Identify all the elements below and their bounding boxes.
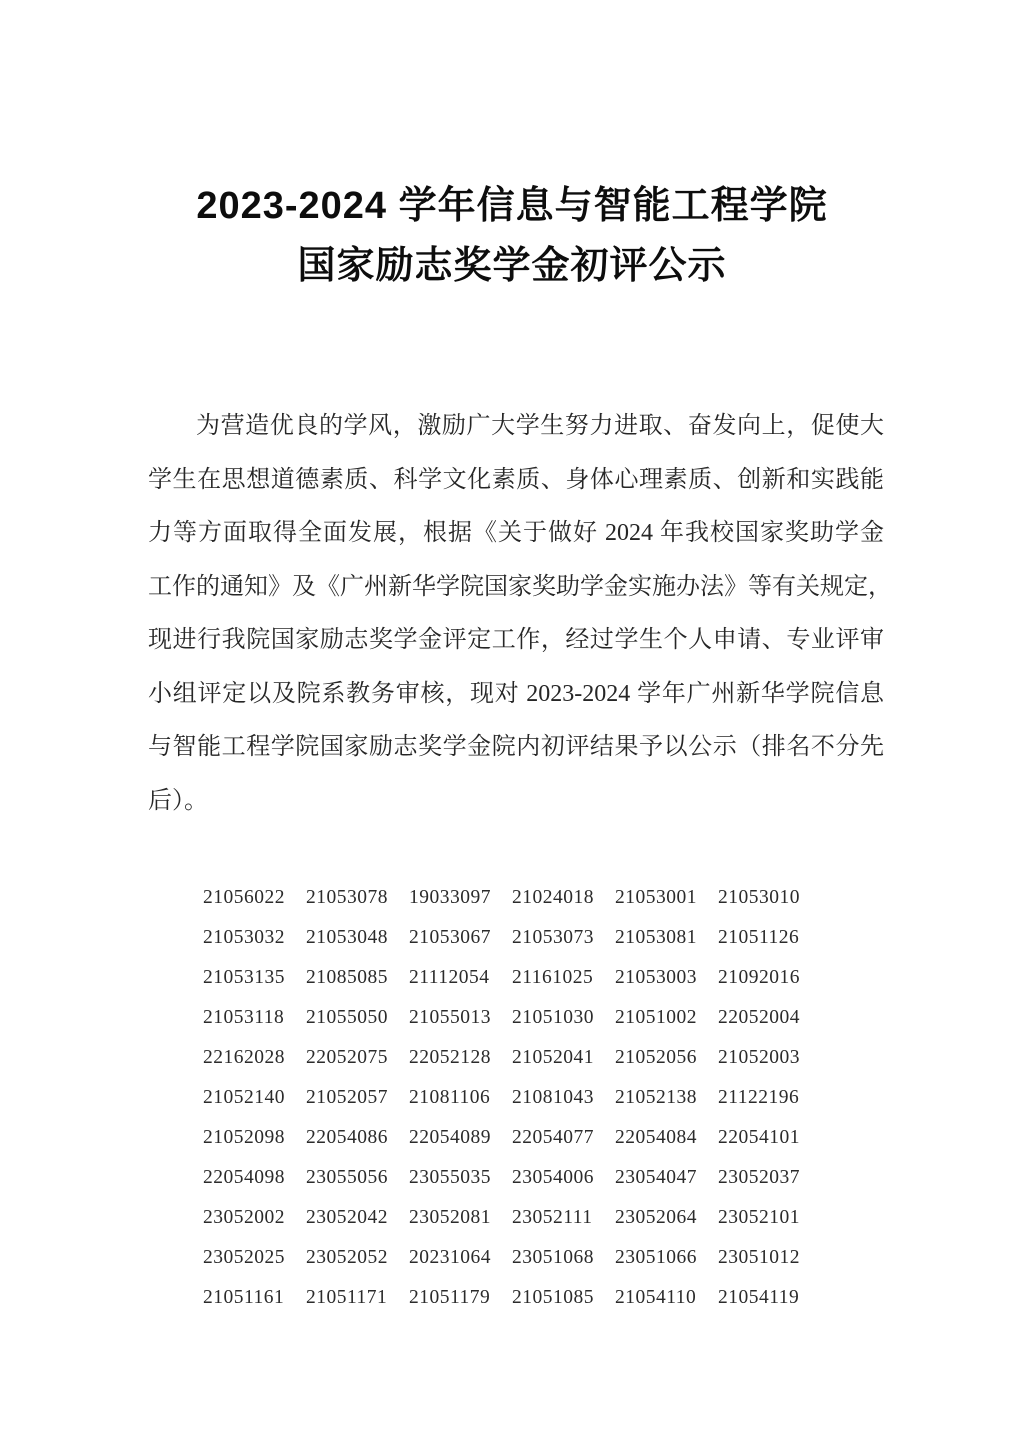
student-id: 21053078 <box>306 878 409 918</box>
paragraph-line: 为营造优良的学风，激励广大学生努力进取、奋发向上，促使大 <box>148 400 884 454</box>
document-title: 2023-2024 学年信息与智能工程学院 国家励志奖学金初评公示 <box>0 176 1024 296</box>
student-id: 21054119 <box>718 1278 821 1318</box>
student-id: 23052064 <box>615 1198 718 1238</box>
student-id: 21122196 <box>718 1078 821 1118</box>
id-grid-row: 2305200223052042230520812305211123052064… <box>203 1198 821 1238</box>
paragraph-line: 力等方面取得全面发展，根据《关于做好 2024 年我校国家奖助学金 <box>148 507 884 561</box>
student-id: 19033097 <box>409 878 512 918</box>
student-id: 21052041 <box>512 1038 615 1078</box>
student-id: 22054101 <box>718 1118 821 1158</box>
title-line-2: 国家励志奖学金初评公示 <box>0 236 1024 296</box>
student-id: 21053073 <box>512 918 615 958</box>
student-id: 22054077 <box>512 1118 615 1158</box>
student-id: 21053135 <box>203 958 306 998</box>
id-grid-row: 2105303221053048210530672105307321053081… <box>203 918 821 958</box>
student-id: 21053010 <box>718 878 821 918</box>
student-id: 21081106 <box>409 1078 512 1118</box>
id-grid-row: 2105214021052057210811062108104321052138… <box>203 1078 821 1118</box>
student-id: 21055050 <box>306 998 409 1038</box>
student-id: 21052138 <box>615 1078 718 1118</box>
student-id: 20231064 <box>409 1238 512 1278</box>
student-id: 21053067 <box>409 918 512 958</box>
student-id: 23052042 <box>306 1198 409 1238</box>
paragraph-line: 后）。 <box>148 775 884 829</box>
student-id: 21053001 <box>615 878 718 918</box>
student-id: 23051068 <box>512 1238 615 1278</box>
student-id: 21092016 <box>718 958 821 998</box>
document-page: 2023-2024 学年信息与智能工程学院 国家励志奖学金初评公示 为营造优良的… <box>0 0 1024 1448</box>
paragraph-line: 现进行我院国家励志奖学金评定工作，经过学生个人申请、专业评审 <box>148 614 884 668</box>
student-id: 21051030 <box>512 998 615 1038</box>
student-id: 21051126 <box>718 918 821 958</box>
paragraph-line: 工作的通知》及《广州新华学院国家奖助学金实施办法》等有关规定， <box>148 561 884 615</box>
id-grid-row: 2205409823055056230550352305400623054047… <box>203 1158 821 1198</box>
student-id: 21081043 <box>512 1078 615 1118</box>
student-id: 21053081 <box>615 918 718 958</box>
student-id: 23052025 <box>203 1238 306 1278</box>
student-id: 21051179 <box>409 1278 512 1318</box>
student-id: 21056022 <box>203 878 306 918</box>
id-grid-row: 2105313521085085211120542116102521053003… <box>203 958 821 998</box>
student-id: 22052128 <box>409 1038 512 1078</box>
student-id: 21052056 <box>615 1038 718 1078</box>
id-grid-row: 2105602221053078190330972102401821053001… <box>203 878 821 918</box>
student-id-grid: 2105602221053078190330972102401821053001… <box>203 878 821 1318</box>
id-grid-row: 2105311821055050210550132105103021051002… <box>203 998 821 1038</box>
student-id: 21053118 <box>203 998 306 1038</box>
student-id: 21053048 <box>306 918 409 958</box>
student-id: 21051171 <box>306 1278 409 1318</box>
id-grid-row: 2305202523052052202310642305106823051066… <box>203 1238 821 1278</box>
student-id: 21052057 <box>306 1078 409 1118</box>
student-id: 22162028 <box>203 1038 306 1078</box>
id-grid-row: 2216202822052075220521282105204121052056… <box>203 1038 821 1078</box>
student-id: 21051085 <box>512 1278 615 1318</box>
student-id: 23052037 <box>718 1158 821 1198</box>
student-id: 23051012 <box>718 1238 821 1278</box>
student-id: 21085085 <box>306 958 409 998</box>
student-id: 22054089 <box>409 1118 512 1158</box>
student-id: 21053003 <box>615 958 718 998</box>
paragraph-line: 小组评定以及院系教务审核，现对 2023-2024 学年广州新华学院信息 <box>148 668 884 722</box>
paragraph-line: 学生在思想道德素质、科学文化素质、身体心理素质、创新和实践能 <box>148 454 884 508</box>
student-id: 23052101 <box>718 1198 821 1238</box>
student-id: 21052140 <box>203 1078 306 1118</box>
student-id: 23055035 <box>409 1158 512 1198</box>
student-id: 23052002 <box>203 1198 306 1238</box>
student-id: 21052003 <box>718 1038 821 1078</box>
student-id: 21112054 <box>409 958 512 998</box>
student-id: 21052098 <box>203 1118 306 1158</box>
student-id: 23051066 <box>615 1238 718 1278</box>
student-id: 23052052 <box>306 1238 409 1278</box>
student-id: 22052075 <box>306 1038 409 1078</box>
student-id: 22054084 <box>615 1118 718 1158</box>
student-id: 23052111 <box>512 1198 615 1238</box>
student-id: 23054047 <box>615 1158 718 1198</box>
student-id: 21051002 <box>615 998 718 1038</box>
student-id: 21024018 <box>512 878 615 918</box>
student-id: 23054006 <box>512 1158 615 1198</box>
title-line-1: 2023-2024 学年信息与智能工程学院 <box>0 176 1024 236</box>
student-id: 21054110 <box>615 1278 718 1318</box>
student-id: 21051161 <box>203 1278 306 1318</box>
student-id: 21161025 <box>512 958 615 998</box>
student-id: 22052004 <box>718 998 821 1038</box>
body-paragraph: 为营造优良的学风，激励广大学生努力进取、奋发向上，促使大 学生在思想道德素质、科… <box>148 400 884 828</box>
student-id: 22054098 <box>203 1158 306 1198</box>
id-grid-row: 2105209822054086220540892205407722054084… <box>203 1118 821 1158</box>
paragraph-line: 与智能工程学院国家励志奖学金院内初评结果予以公示（排名不分先 <box>148 721 884 775</box>
student-id: 22054086 <box>306 1118 409 1158</box>
id-grid-row: 2105116121051171210511792105108521054110… <box>203 1278 821 1318</box>
student-id: 23055056 <box>306 1158 409 1198</box>
student-id: 21053032 <box>203 918 306 958</box>
student-id: 23052081 <box>409 1198 512 1238</box>
student-id: 21055013 <box>409 998 512 1038</box>
